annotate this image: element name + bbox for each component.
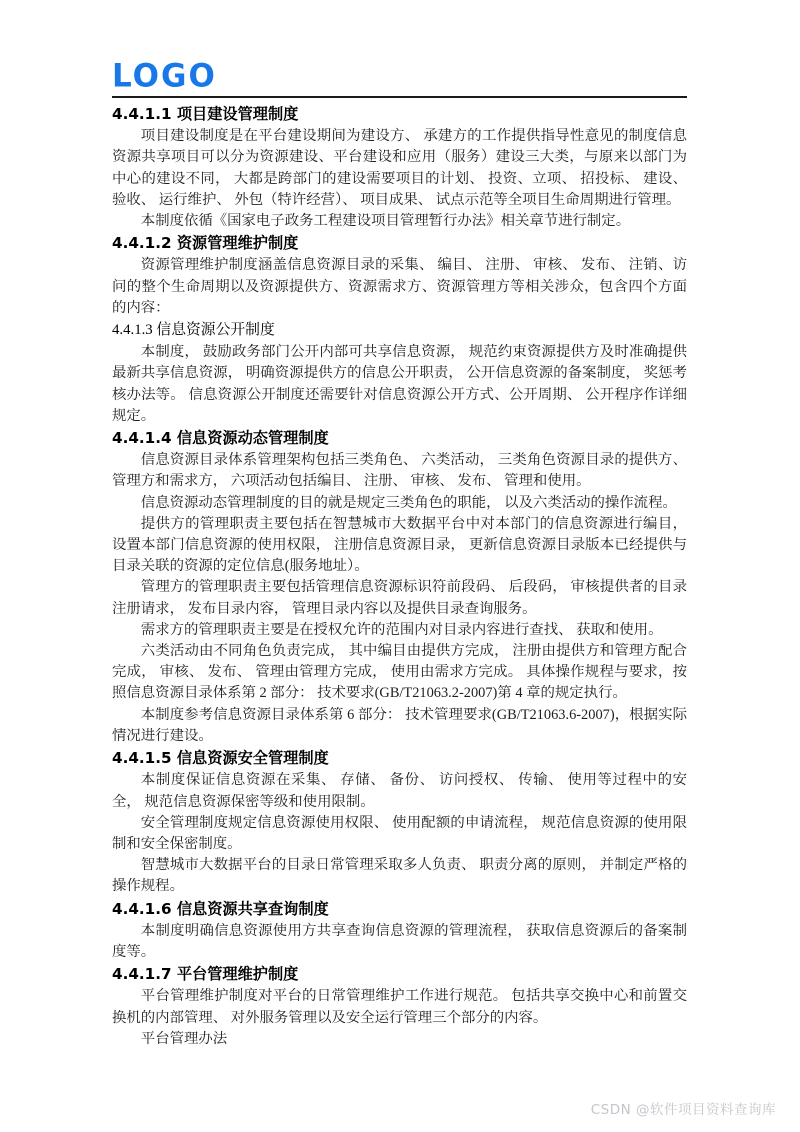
paragraph: 本制度， 鼓励政务部门公开内部可共享信息资源， 规范约束资源提供方及时准确提供最…: [112, 342, 687, 427]
paragraph: 安全管理制度规定信息资源使用权限、 使用配额的申请流程， 规范信息资源的使用限制…: [112, 813, 687, 855]
paragraph: 本制度依循《国家电子政务工程建设项目管理暂行办法》相关章节进行制定。: [112, 211, 687, 232]
paragraph: 本制度明确信息资源使用方共享查询信息资源的管理流程， 获取信息资源后的备案制度等…: [112, 921, 687, 963]
paragraph: 项目建设制度是在平台建设期间为建设方、 承建方的工作提供指导性意见的制度信息资源…: [112, 126, 687, 211]
section-heading: 4.4.1.5 信息资源安全管理制度: [112, 748, 687, 769]
paragraph: 六类活动由不同角色负责完成， 其中编目由提供方完成， 注册由提供方和管理方配合完…: [112, 641, 687, 705]
paragraph: 资源管理维护制度涵盖信息资源目录的采集、 编目、 注册、 审核、 发布、 注销、…: [112, 255, 687, 319]
paragraph: 本制度保证信息资源在采集、 存储、 备份、 访问授权、 传输、 使用等过程中的安…: [112, 770, 687, 812]
section-heading: 4.4.1.3 信息资源公开制度: [112, 320, 687, 341]
header-divider: [112, 96, 687, 98]
paragraph: 需求方的管理职责主要是在授权允许的范围内对目录内容进行查找、 获取和使用。: [112, 620, 687, 641]
document-body: 4.4.1.1 项目建设管理制度项目建设制度是在平台建设期间为建设方、 承建方的…: [112, 104, 687, 1050]
section-heading: 4.4.1.4 信息资源动态管理制度: [112, 428, 687, 449]
section-heading: 4.4.1.1 项目建设管理制度: [112, 104, 687, 125]
paragraph: 管理方的管理职责主要包括管理信息资源标识符前段码、 后段码， 审核提供者的目录注…: [112, 577, 687, 619]
paragraph: 提供方的管理职责主要包括在智慧城市大数据平台中对本部门的信息资源进行编目，设置本…: [112, 514, 687, 578]
paragraph: 信息资源目录体系管理架构包括三类角色、 六类活动， 三类角色资源目录的提供方、管…: [112, 450, 687, 492]
paragraph: 信息资源动态管理制度的目的就是规定三类角色的职能， 以及六类活动的操作流程。: [112, 493, 687, 514]
paragraph: 本制度参考信息资源目录体系第 6 部分： 技术管理要求(GB/T21063.6-…: [112, 705, 687, 747]
paragraph: 平台管理办法: [112, 1029, 687, 1050]
section-heading: 4.4.1.2 资源管理维护制度: [112, 233, 687, 254]
paragraph: 智慧城市大数据平台的目录日常管理采取多人负责、 职责分离的原则， 并制定严格的操…: [112, 855, 687, 897]
paragraph: 平台管理维护制度对平台的日常管理维护工作进行规范。 包括共享交换中心和前置交换机…: [112, 986, 687, 1028]
document-page: LOGO 4.4.1.1 项目建设管理制度项目建设制度是在平台建设期间为建设方、…: [0, 0, 800, 1132]
company-logo: LOGO: [112, 60, 687, 93]
section-heading: 4.4.1.7 平台管理维护制度: [112, 964, 687, 985]
section-heading: 4.4.1.6 信息资源共享查询制度: [112, 899, 687, 920]
page-content: LOGO 4.4.1.1 项目建设管理制度项目建设制度是在平台建设期间为建设方、…: [112, 0, 687, 1050]
csdn-watermark: CSDN @软件项目资料查询库: [591, 1098, 776, 1118]
